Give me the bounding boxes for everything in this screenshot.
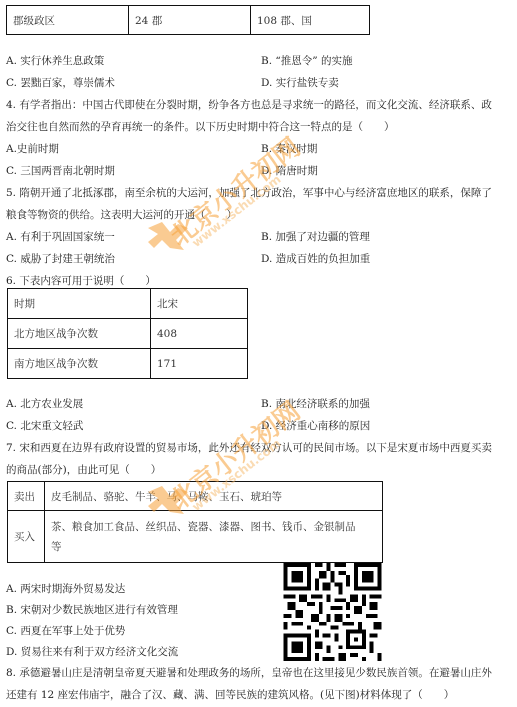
table-cell: 171: [151, 349, 248, 379]
table-row: 郡级政区 24 郡 108 郡、国: [7, 6, 370, 35]
table-cell: 茶、粮食加工食品、丝织品、瓷器、漆器、图书、钱币、金银制品 等: [45, 511, 383, 563]
table-cell: 皮毛制品、骆驼、牛羊、马、马鞍、玉石、琥珀等: [45, 482, 383, 511]
table-cell: 北方地区战争次数: [8, 319, 151, 349]
q3-option-a[interactable]: A. 实行休养生息政策: [6, 54, 104, 68]
q7-option-b[interactable]: B. 宋朝对少数民族地区进行有效管理: [6, 603, 178, 617]
table-cell: 郡级政区: [7, 6, 129, 35]
qr-code-icon: [283, 563, 382, 661]
table-war-counts: 时期 北宋 北方地区战争次数 408 南方地区战争次数 171: [7, 288, 248, 379]
q8-stem-line2: 还建有 12 座宏伟庙宇，融合了汉、藏、满、回等民族的建筑风格。(见下图)材料体…: [6, 688, 454, 702]
table-cell: 108 郡、国: [251, 6, 370, 35]
q7-stem-line2: 的商品(部分)，由此可见（ ）: [6, 463, 161, 477]
table-row: 买入 茶、粮食加工食品、丝织品、瓷器、漆器、图书、钱币、金银制品 等: [8, 511, 383, 563]
q7-stem-line1: 7. 宋和西夏在边界有政府设置的贸易市场，此外还有经双方认可的民间市场。以下是宋…: [6, 441, 492, 455]
q4-stem-line1: 4. 有学者指出：中国古代即使在分裂时期，纷争各方也总是寻求统一的路径，而文化交…: [6, 98, 492, 112]
cell-text-line2: 等: [51, 537, 376, 557]
q4-option-d[interactable]: D. 隋唐时期: [261, 164, 318, 178]
table-row: 时期 北宋: [8, 289, 248, 319]
table-row: 北方地区战争次数 408: [8, 319, 248, 349]
q7-option-c[interactable]: C. 西夏在军事上处于优势: [6, 624, 125, 638]
table-cell: 买入: [8, 511, 45, 563]
q6-stem-line1: 6. 下表内容可用于说明（ ）: [6, 274, 156, 288]
table-cell: 24 郡: [129, 6, 251, 35]
q6-option-d[interactable]: D. 经济重心南移的原因: [261, 419, 370, 433]
q7-option-a[interactable]: A. 两宋时期海外贸易发达: [6, 582, 125, 596]
q6-option-a[interactable]: A. 北方农业发展: [6, 397, 83, 411]
table-row: 南方地区战争次数 171: [8, 349, 248, 379]
q5-option-a[interactable]: A. 有利于巩固国家统一: [6, 230, 115, 244]
q3-option-c[interactable]: C. 罢黜百家，尊崇儒术: [6, 76, 115, 90]
table-cell: 南方地区战争次数: [8, 349, 151, 379]
q8-stem-line1: 8. 承德避暑山庄是清朝皇帝夏天避暑和处理政务的场所，皇帝也在这里接见少数民族首…: [6, 666, 492, 680]
q5-option-b[interactable]: B. 加强了对边疆的管理: [261, 230, 370, 244]
q4-option-a[interactable]: A.史前时期: [6, 142, 59, 156]
cell-text-line1: 茶、粮食加工食品、丝织品、瓷器、漆器、图书、钱币、金银制品: [51, 517, 376, 537]
table-cell: 时期: [8, 289, 151, 319]
q4-stem-line2: 治交往也自然而然的孕育再统一的条件。以下历史时期中符合这一特点的是（ ）: [6, 120, 395, 134]
qr-code-image: [283, 563, 382, 661]
q3-option-b[interactable]: B. “推恩令” 的实施: [261, 54, 352, 68]
q6-option-b[interactable]: B. 南北经济联系的加强: [261, 397, 370, 411]
q7-option-d[interactable]: D. 贸易往来有利于双方经济文化交流: [6, 645, 178, 659]
q4-option-c[interactable]: C. 三国两晋南北朝时期: [6, 164, 115, 178]
q5-option-c[interactable]: C. 威胁了封建王朝统治: [6, 252, 115, 266]
table-trade-goods: 卖出 皮毛制品、骆驼、牛羊、马、马鞍、玉石、琥珀等 买入 茶、粮食加工食品、丝织…: [7, 481, 383, 563]
table-row: 卖出 皮毛制品、骆驼、牛羊、马、马鞍、玉石、琥珀等: [8, 482, 383, 511]
q3-option-d[interactable]: D. 实行盐铁专卖: [261, 76, 339, 90]
watermark-logo-icon: [148, 220, 188, 252]
table-admin-divisions: 郡级政区 24 郡 108 郡、国: [6, 5, 370, 35]
q6-option-c[interactable]: C. 北宋重文轻武: [6, 419, 83, 433]
q4-option-b[interactable]: B. 秦汉时期: [261, 142, 317, 156]
q5-stem-line1: 5. 隋朝开通了北抵涿郡，南至余杭的大运河，加强了北方政治，军事中心与经济富庶地…: [6, 186, 492, 200]
table-cell: 北宋: [151, 289, 248, 319]
table-cell: 408: [151, 319, 248, 349]
table-cell: 卖出: [8, 482, 45, 511]
q5-option-d[interactable]: D. 造成百姓的负担加重: [261, 252, 370, 266]
q5-stem-line2: 粮食等物资的供给。这表明大运河的开通（ ）: [6, 208, 237, 222]
